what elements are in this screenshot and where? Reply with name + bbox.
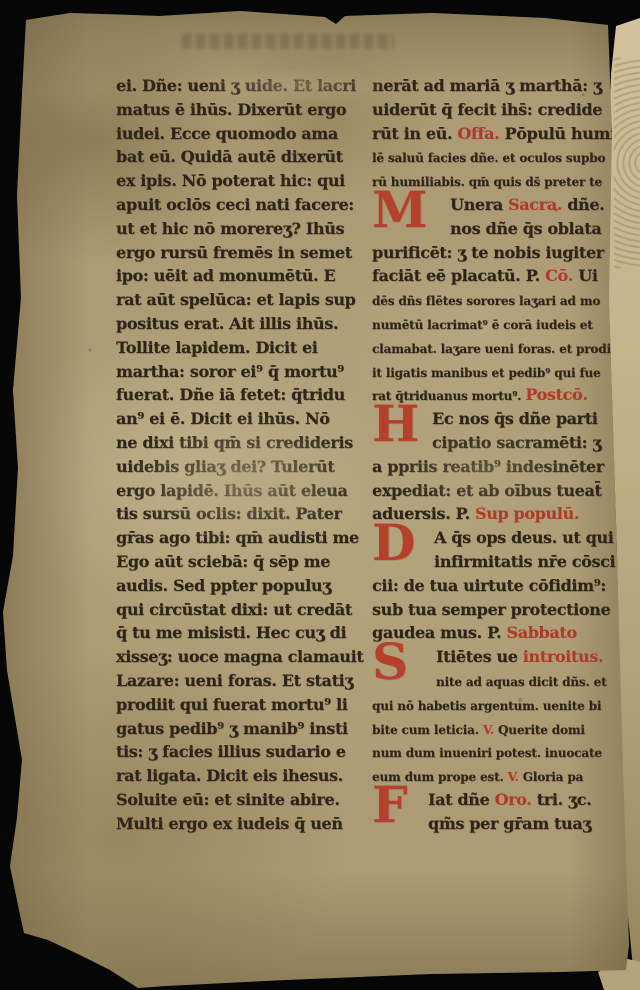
illuminated-initial: D: [372, 520, 415, 566]
text-line: Tollite lapidem. Dicit ei: [116, 336, 318, 360]
body-text: dēs dñs flētes sorores laʒari ad mo: [372, 294, 600, 308]
text-line: ei. Dñe: ueni ʒ uide. Et lacri: [116, 74, 356, 98]
body-text: Multi ergo ex iudeis q̄ uen̄: [116, 814, 343, 833]
text-line: nos dñe q̄s oblata: [450, 217, 601, 241]
body-text: Ui: [578, 266, 597, 285]
body-text: cii: de tua uirtute cōfidim⁹:: [372, 576, 606, 595]
text-line: audis. Sed ppter populuʒ: [116, 574, 331, 598]
text-line: Itiētes ue introitus.: [436, 645, 603, 669]
body-text: aduersis. P.: [372, 504, 475, 523]
text-line: aduersis. P. Sup populū.: [372, 502, 579, 526]
illuminated-initial: F: [372, 782, 408, 828]
body-text: uidebis gliaʒ dei? Tulerūt: [116, 457, 334, 476]
show-through-text: [182, 34, 394, 49]
body-text: nite ad aquas dicit dñs. et: [436, 675, 606, 689]
text-line: qui circūstat dixi: ut credāt: [116, 598, 352, 622]
text-line: cii: de tua uirtute cōfidim⁹:: [372, 574, 606, 598]
body-text: Pōpulū humi: [505, 124, 616, 143]
body-text: Ec nos q̄s dñe parti: [432, 409, 598, 428]
rubric-text: Oro.: [495, 790, 537, 809]
text-line: rūt in eū. Offa. Pōpulū humi: [372, 122, 616, 146]
body-text: qui circūstat dixi: ut credāt: [116, 600, 352, 619]
text-line: ergo lapidē. Ihūs aūt eleua: [116, 479, 348, 503]
body-text: an⁹ ei ē. Dicit ei ihūs. Nō: [116, 409, 330, 428]
illuminated-initial: H: [372, 401, 419, 447]
text-line: uidebis gliaʒ dei? Tulerūt: [116, 455, 334, 479]
text-line: uiderūt q̄ fecit ihs̄: credide: [372, 98, 602, 122]
gospel-text-column-left: ei. Dñe: ueni ʒ uide. Et lacrimatus ē ih…: [116, 74, 370, 846]
text-line: gr̄as ago tibi: qm̄ audisti me: [116, 526, 359, 550]
body-text: uiderūt q̄ fecit ihs̄: credide: [372, 100, 602, 119]
body-text: eum dum prope est.: [372, 770, 508, 784]
text-line: fuerat. Dñe iā fetet: q̄tridu: [116, 383, 345, 407]
body-text: Iat dñe: [428, 790, 495, 809]
body-text: ei. Dñe: ueni ʒ uide. Et lacri: [116, 76, 356, 95]
rubric-text: Sabbato: [506, 623, 576, 642]
body-text: nerāt ad mariā ʒ marthā: ʒ: [372, 76, 602, 95]
text-line: nite ad aquas dicit dñs. et: [436, 669, 606, 693]
body-text: Lazare: ueni foras. Et statiʒ: [116, 671, 353, 690]
text-column-right: MHDSFnerāt ad mariā ʒ marthā: ʒuiderūt q…: [372, 74, 612, 846]
text-line: bite cum leticia. V. Querite domi: [372, 717, 585, 741]
rubric-text: Offa.: [457, 124, 504, 143]
body-text: tis: ʒ facies illius sudario e: [116, 742, 346, 761]
text-line: qui nō habetis argentum. uenite bi: [372, 693, 601, 717]
body-text: ergo lapidē. Ihūs aūt eleua: [116, 481, 348, 500]
body-text: faciāt eē placatū. P.: [372, 266, 545, 285]
text-line: it ligatis manibus et pedib⁹ qui fue: [372, 360, 601, 384]
body-text: clamabat. laʒare ueni foras. et prodi: [372, 342, 611, 356]
body-text: ut et hic nō morereʒ? Ihūs: [116, 219, 344, 238]
text-line: rat aūt spelūca: et lapis sup: [116, 288, 356, 312]
text-line: Unera Sacra. dñe.: [450, 193, 604, 217]
text-line: martha: soror ei⁹ q̄ mortu⁹: [116, 360, 344, 384]
body-text: rat ligata. Dicit eis ihesus.: [116, 766, 343, 785]
body-text: Tollite lapidem. Dicit ei: [116, 338, 318, 357]
text-line: ergo rursū fremēs in semet: [116, 241, 352, 265]
engraving-pattern: [614, 58, 640, 268]
text-line: prodiit qui fuerat mortu⁹ li: [116, 693, 348, 717]
body-text: xisseʒ: uoce magna clamauit: [116, 647, 363, 666]
text-line: gatus pedib⁹ ʒ manib⁹ insti: [116, 717, 348, 741]
text-line: gaudea mus. P. Sabbato: [372, 621, 577, 645]
body-text: infirmitatis nr̄e cōsci: [434, 552, 615, 571]
body-text: fuerat. Dñe iā fetet: q̄tridu: [116, 385, 345, 404]
text-line: purificēt: ʒ te nobis iugiter: [372, 241, 604, 265]
body-text: Itiētes ue: [436, 647, 523, 666]
text-line: tis: ʒ facies illius sudario e: [116, 740, 346, 764]
body-text: tis sursū oclis: dixit. Pater: [116, 504, 342, 523]
rubric-text: V.: [483, 723, 498, 737]
body-text: gaudea mus. P.: [372, 623, 506, 642]
text-line: qm̃s per gr̄am tuaʒ: [428, 812, 591, 836]
text-line: an⁹ ei ē. Dicit ei ihūs. Nō: [116, 407, 330, 431]
body-text: qui nō habetis argentum. uenite bi: [372, 699, 601, 713]
text-line: rat ligata. Dicit eis ihesus.: [116, 764, 343, 788]
body-text: sub tua semper protectione: [372, 600, 610, 619]
text-line: faciāt eē placatū. P. Cō. Ui: [372, 264, 598, 288]
manuscript-page: ei. Dñe: ueni ʒ uide. Et lacrimatus ē ih…: [0, 0, 640, 990]
illuminated-initial: M: [372, 187, 427, 233]
body-text: rat q̄triduanus mortu⁹.: [372, 389, 525, 403]
text-line: a ppriis reatib⁹ indesinēter: [372, 455, 604, 479]
body-text: qm̃s per gr̄am tuaʒ: [428, 814, 591, 833]
text-line: Ec nos q̄s dñe parti: [432, 407, 598, 431]
text-line: cipatio sacramēti: ʒ: [432, 431, 601, 455]
body-text: rat aūt spelūca: et lapis sup: [116, 290, 356, 309]
text-line: clamabat. laʒare ueni foras. et prodi: [372, 336, 611, 360]
body-text: ex ipis. Nō poterat hic: qui: [116, 171, 345, 190]
body-text: nos dñe q̄s oblata: [450, 219, 601, 238]
body-text: bat eū. Quidā autē dixerūt: [116, 147, 343, 166]
text-line: numētū lacrimat⁹ ē corā iudeis et: [372, 312, 593, 336]
text-line: xisseʒ: uoce magna clamauit: [116, 645, 363, 669]
text-line: apuit oclōs ceci nati facere:: [116, 193, 354, 217]
body-text: apuit oclōs ceci nati facere:: [116, 195, 354, 214]
text-line: bat eū. Quidā autē dixerūt: [116, 145, 343, 169]
text-line: ne dixi tibi qm̄ si credideris: [116, 431, 353, 455]
text-line: Lazare: ueni foras. Et statiʒ: [116, 669, 353, 693]
text-line: rat q̄triduanus mortu⁹. Postcō.: [372, 383, 588, 407]
text-line: Multi ergo ex iudeis q̄ uen̄: [116, 812, 343, 836]
text-line: ipo: uēit ad monumētū. E: [116, 264, 335, 288]
text-line: Ego aūt sciebā: q̄ sēp me: [116, 550, 330, 574]
text-line: nerāt ad mariā ʒ marthā: ʒ: [372, 74, 602, 98]
rubric-text: introitus.: [523, 647, 603, 666]
text-line: tis sursū oclis: dixit. Pater: [116, 502, 342, 526]
illuminated-initial: S: [372, 639, 408, 685]
text-line: sub tua semper protectione: [372, 598, 610, 622]
body-text: expediat: et ab oībus tueat̄: [372, 481, 602, 500]
text-line: eum dum prope est. V. Gloria pa: [372, 764, 583, 788]
body-text: bite cum leticia.: [372, 723, 483, 737]
body-text: iudei. Ecce quomodo ama: [116, 124, 338, 143]
body-text: Ego aūt sciebā: q̄ sēp me: [116, 552, 330, 571]
body-text: lē saluū facies dñe. et oculos supbo: [372, 151, 605, 165]
text-line: A q̄s ops deus. ut qui: [434, 526, 613, 550]
body-text: gatus pedib⁹ ʒ manib⁹ insti: [116, 719, 348, 738]
text-line: iudei. Ecce quomodo ama: [116, 122, 338, 146]
text-line: Iat dñe Oro. tri. ʒc.: [428, 788, 591, 812]
body-text: Soluite eū: et sinite abire.: [116, 790, 340, 809]
body-text: it ligatis manibus et pedib⁹ qui fue: [372, 366, 601, 380]
body-text: Unera: [450, 195, 508, 214]
text-line: dēs dñs flētes sorores laʒari ad mo: [372, 288, 600, 312]
rubric-text: Postcō.: [525, 385, 587, 404]
body-text: martha: soror ei⁹ q̄ mortu⁹: [116, 362, 344, 381]
rubric-text: Cō.: [545, 266, 578, 285]
text-line: infirmitatis nr̄e cōsci: [434, 550, 615, 574]
text-line: ex ipis. Nō poterat hic: qui: [116, 169, 345, 193]
text-line: rū humiliabis. qm̄ quis ds̄ preter te: [372, 169, 602, 193]
photograph-background: ei. Dñe: ueni ʒ uide. Et lacrimatus ē ih…: [0, 0, 640, 990]
text-line: q̄ tu me misisti. Hec cuʒ di: [116, 621, 346, 645]
text-line: expediat: et ab oībus tueat̄: [372, 479, 602, 503]
text-line: num dum inueniri potest. inuocate: [372, 740, 602, 764]
body-text: rū humiliabis. qm̄ quis ds̄ preter te: [372, 175, 602, 189]
text-line: positus erat. Ait illis ihūs.: [116, 312, 338, 336]
text-line: matus ē ihūs. Dixerūt ergo: [116, 98, 346, 122]
body-text: dñe.: [567, 195, 604, 214]
body-text: gr̄as ago tibi: qm̄ audisti me: [116, 528, 359, 547]
text-line: ut et hic nō morereʒ? Ihūs: [116, 217, 344, 241]
body-text: numētū lacrimat⁹ ē corā iudeis et: [372, 318, 593, 332]
body-text: rūt in eū.: [372, 124, 457, 143]
body-text: purificēt: ʒ te nobis iugiter: [372, 243, 604, 262]
body-text: audis. Sed ppter populuʒ: [116, 576, 331, 595]
rubric-text: Sup populū.: [475, 504, 579, 523]
body-text: num dum inueniri potest. inuocate: [372, 746, 602, 760]
body-text: Gloria pa: [523, 770, 583, 784]
text-line: Soluite eū: et sinite abire.: [116, 788, 340, 812]
text-line: lē saluū facies dñe. et oculos supbo: [372, 145, 605, 169]
body-text: Querite domi: [498, 723, 585, 737]
body-text: ergo rursū fremēs in semet: [116, 243, 352, 262]
body-text: q̄ tu me misisti. Hec cuʒ di: [116, 623, 346, 642]
body-text: ipo: uēit ad monumētū. E: [116, 266, 335, 285]
body-text: a ppriis reatib⁹ indesinēter: [372, 457, 604, 476]
body-text: A q̄s ops deus. ut qui: [434, 528, 613, 547]
rubric-text: Sacra.: [508, 195, 567, 214]
body-text: prodiit qui fuerat mortu⁹ li: [116, 695, 348, 714]
body-text: ne dixi tibi qm̄ si credideris: [116, 433, 353, 452]
body-text: cipatio sacramēti: ʒ: [432, 433, 601, 452]
body-text: positus erat. Ait illis ihūs.: [116, 314, 338, 333]
body-text: tri. ʒc.: [537, 790, 592, 809]
body-text: matus ē ihūs. Dixerūt ergo: [116, 100, 346, 119]
rubric-text: V.: [508, 770, 523, 784]
